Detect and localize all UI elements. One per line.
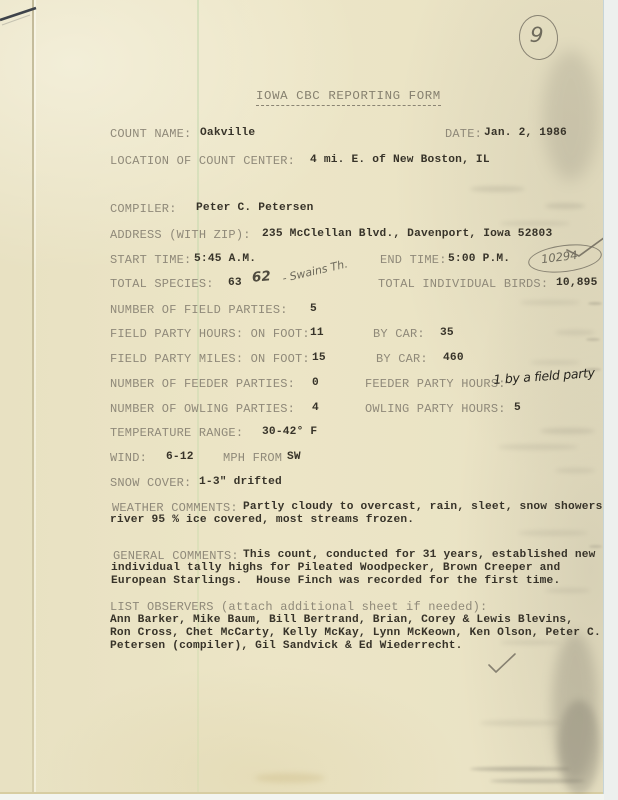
smudge [555, 330, 595, 335]
party-hours-label: FIELD PARTY HOURS: ON FOOT: [110, 327, 310, 341]
wind-speed-value: 6-12 [166, 451, 194, 463]
smudge [520, 300, 580, 305]
species-correction-handwritten: 62 [251, 268, 271, 286]
general-comments-line2: individual tally highs for Pileated Wood… [111, 562, 560, 574]
address-label: ADDRESS (WITH ZIP): [110, 228, 251, 242]
party-hours-foot-value: 11 [310, 327, 324, 339]
party-miles-car-label: BY CAR: [376, 352, 428, 366]
smudge [540, 428, 595, 434]
owling-parties-value: 4 [312, 402, 319, 414]
feeder-parties-value: 0 [312, 377, 319, 389]
compiler-label: COMPILER: [110, 202, 177, 216]
observers-line1: Ann Barker, Mike Baum, Bill Bertrand, Br… [110, 614, 573, 626]
general-comments-label: GENERAL COMMENTS: [113, 549, 239, 563]
start-time-value: 5:45 A.M. [194, 253, 256, 265]
temperature-label: TEMPERATURE RANGE: [110, 426, 243, 440]
total-birds-label: TOTAL INDIVIDUAL BIRDS: [378, 277, 548, 291]
address-value: 235 McClellan Blvd., Davenport, Iowa 528… [262, 228, 552, 240]
smudge [586, 338, 600, 341]
crease-mark-icon [0, 0, 60, 30]
observers-label: LIST OBSERVERS (attach additional sheet … [110, 600, 487, 614]
smudge [518, 530, 588, 536]
count-name-value: Oakville [200, 127, 255, 139]
compiler-value: Peter C. Petersen [196, 202, 314, 214]
field-parties-label: NUMBER OF FIELD PARTIES: [110, 303, 288, 317]
smudge [543, 50, 599, 180]
smudge [555, 468, 595, 473]
general-comments-line1: This count, conducted for 31 years, esta… [243, 549, 596, 561]
total-species-label: TOTAL SPECIES: [110, 277, 214, 291]
feeder-parties-label: NUMBER OF FEEDER PARTIES: [110, 377, 295, 391]
smudge [255, 773, 325, 783]
observers-line3: Petersen (compiler), Gil Sandvick & Ed W… [110, 640, 463, 652]
total-birds-value: 10,895 [556, 277, 597, 289]
party-miles-car-value: 460 [443, 352, 464, 364]
weather-comments-label: WEATHER COMMENTS: [112, 501, 238, 515]
party-miles-foot-value: 15 [312, 352, 326, 364]
wind-from-label: MPH FROM [223, 451, 282, 465]
snow-value: 1-3" drifted [199, 476, 282, 488]
form-title: IOWA CBC REPORTING FORM [256, 89, 441, 106]
weather-comments-line1: Partly cloudy to overcast, rain, sleet, … [243, 501, 609, 513]
smudge [530, 360, 580, 365]
wind-label: WIND: [110, 451, 147, 465]
smudge [589, 545, 602, 548]
scan-margin-bottom [0, 794, 604, 800]
snow-label: SNOW COVER: [110, 476, 191, 490]
smudge [500, 221, 570, 226]
location-value: 4 mi. E. of New Boston, IL [310, 154, 490, 166]
smudge [588, 302, 602, 305]
species-note-handwritten: - Swains Th. [281, 257, 349, 285]
party-hours-car-label: BY CAR: [373, 327, 425, 341]
observers-line2: Ron Cross, Chet McCarty, Kelly McKay, Ly… [110, 627, 601, 639]
scan-line-center [197, 0, 199, 792]
smudge [500, 640, 560, 645]
scan-margin-right [603, 0, 618, 800]
count-name-label: COUNT NAME: [110, 127, 191, 141]
feeder-note-handwritten: 1 by a field party [493, 365, 595, 387]
smudge [470, 767, 570, 771]
smudge [480, 720, 560, 726]
checkmark-icon [486, 652, 518, 676]
owling-hours-value: 5 [514, 402, 521, 414]
end-time-label: END TIME: [380, 253, 447, 267]
page-number-handwritten: 9 [529, 23, 544, 48]
wind-direction-value: SW [287, 451, 301, 463]
owling-parties-label: NUMBER OF OWLING PARTIES: [110, 402, 295, 416]
scanned-document: { "title": "IOWA CBC REPORTING FORM", "c… [0, 0, 618, 800]
date-value: Jan. 2, 1986 [484, 127, 567, 139]
temperature-value: 30-42° F [262, 426, 317, 438]
smudge [490, 779, 585, 783]
party-miles-label: FIELD PARTY MILES: ON FOOT: [110, 352, 310, 366]
feeder-hours-label: FEEDER PARTY HOURS: [365, 377, 506, 391]
smudge [545, 203, 585, 209]
total-species-value: 63 [228, 277, 242, 289]
end-time-value: 5:00 P.M. [448, 253, 510, 265]
form-page: IOWA CBC REPORTING FORM COUNT NAME: Oakv… [0, 0, 604, 794]
party-hours-car-value: 35 [440, 327, 454, 339]
smudge [545, 588, 590, 593]
smudge [470, 186, 525, 192]
smudge [498, 444, 578, 450]
weather-comments-line2: river 95 % ice covered, most streams fro… [110, 514, 414, 526]
start-time-label: START TIME: [110, 253, 191, 267]
general-comments-line3: European Starlings. House Finch was reco… [111, 575, 560, 587]
owling-hours-label: OWLING PARTY HOURS: [365, 402, 506, 416]
location-label: LOCATION OF COUNT CENTER: [110, 154, 295, 168]
fold-line-left-highlight [34, 0, 36, 792]
field-parties-value: 5 [310, 303, 317, 315]
date-label: DATE: [445, 127, 482, 141]
